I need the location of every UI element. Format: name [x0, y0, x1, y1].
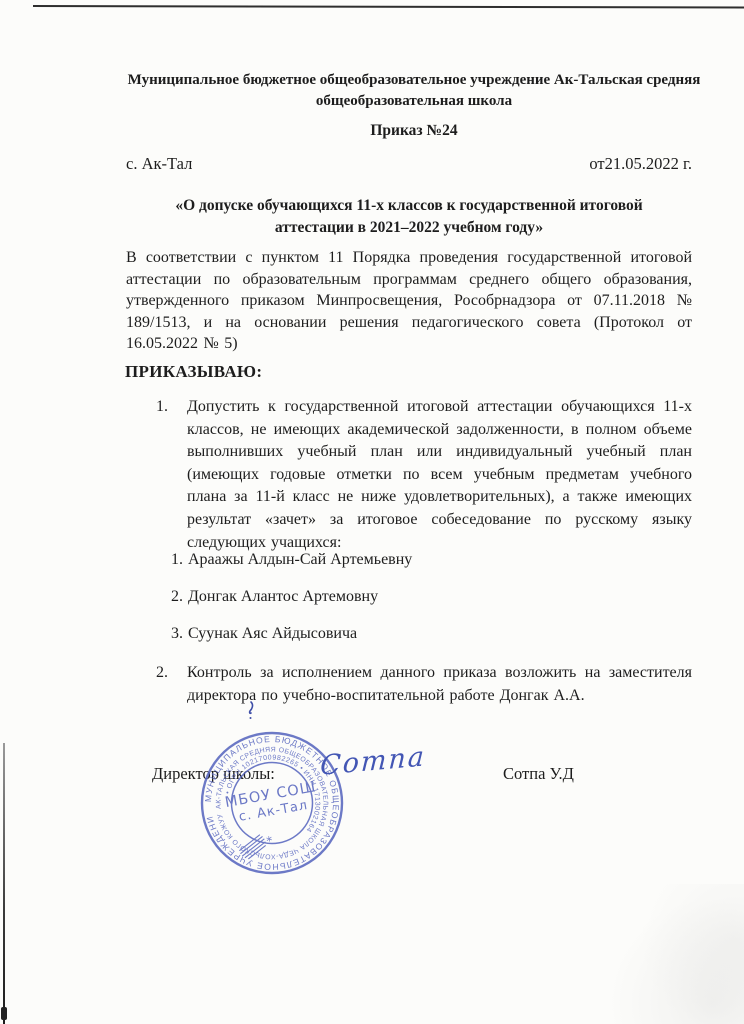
- place-label: с. Ак-Тал: [126, 154, 192, 174]
- student-name: Донгак Алантос Артемовну: [188, 588, 378, 605]
- student-name: Араажы Алдын-Сай Артемьевну: [188, 551, 412, 568]
- item-number: 1.: [156, 396, 187, 554]
- student-name: Суунак Аяс Айдысовича: [188, 625, 357, 642]
- decree-word: ПРИКАЗЫВАЮ:: [125, 362, 262, 382]
- order-item-2: 2. Контроль за исполнением данного прика…: [156, 662, 692, 707]
- scan-top-edge-artifact: [33, 5, 744, 8]
- scan-left-edge-blob: [1, 1007, 7, 1020]
- org-name: Муниципальное бюджетное общеобразователь…: [122, 70, 706, 112]
- student-number: 1.: [171, 551, 183, 568]
- student-item: 2.Донгак Алантос Артемовну: [171, 587, 591, 608]
- order-number: Приказ №24: [122, 122, 706, 140]
- pen-mark-artifact: [243, 700, 259, 722]
- order-subject-text: «О допуске обучающихся 11-х классов к го…: [157, 195, 662, 238]
- item-text: Контроль за исполнением данного приказа …: [187, 662, 692, 707]
- preamble: В соответствии с пунктом 11 Порядка пров…: [126, 247, 692, 355]
- order-subject: «О допуске обучающихся 11-х классов к го…: [126, 195, 692, 238]
- item-number: 2.: [156, 662, 187, 707]
- student-list: 1.Араажы Алдын-Сай Артемьевну 2.Донгак А…: [171, 550, 591, 661]
- stamp-star: *: [265, 834, 273, 849]
- student-number: 3.: [171, 625, 183, 642]
- order-item-1: 1. Допустить к государственной итоговой …: [156, 396, 692, 554]
- item-text: Допустить к государственной итоговой атт…: [187, 396, 692, 554]
- student-item: 1.Араажы Алдын-Сай Артемьевну: [171, 550, 591, 571]
- date-label: от21.05.2022 г.: [589, 154, 692, 174]
- place-date-row: с. Ак-Тал от21.05.2022 г.: [126, 154, 692, 174]
- scan-left-edge-artifact: [3, 743, 5, 1024]
- student-number: 2.: [171, 588, 183, 605]
- scanned-order-page: Муниципальное бюджетное общеобразователь…: [0, 0, 744, 1024]
- signature-name: Сотпа У.Д: [503, 764, 574, 784]
- student-item: 3.Суунак Аяс Айдысовича: [171, 624, 591, 645]
- scan-noise-corner: [584, 884, 744, 1024]
